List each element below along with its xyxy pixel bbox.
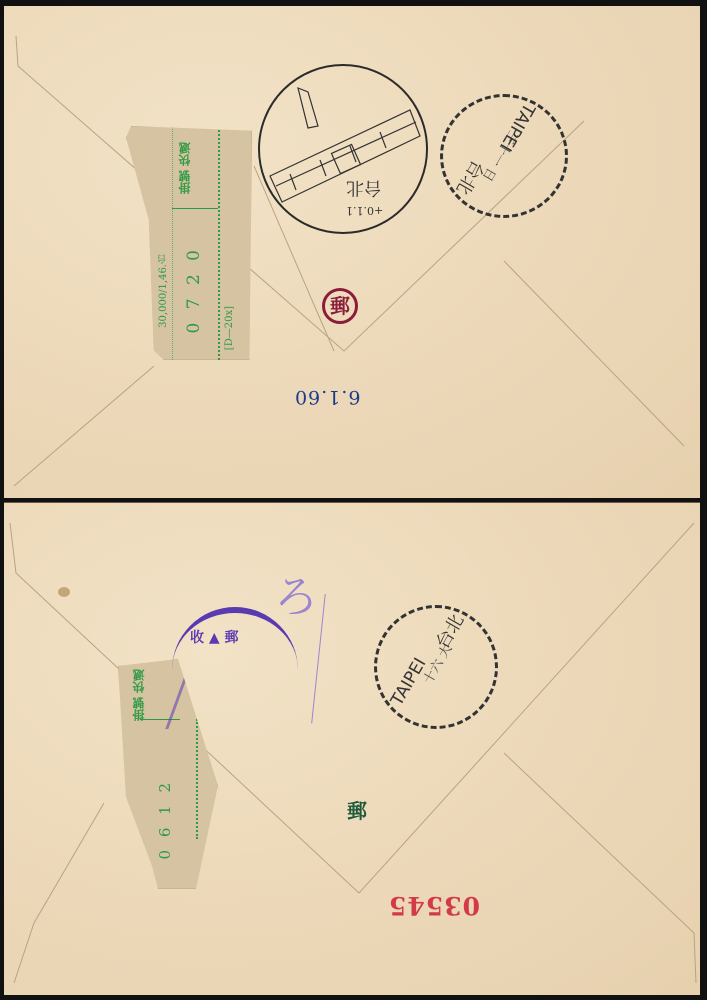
postmark-city-en: TAIPEI (387, 655, 430, 710)
post-office-seal: 郵 (347, 795, 367, 824)
postmark-date: +0.1.1 (346, 204, 383, 217)
top-cover: 30,000/1,46.台 0 7 2 0 [D—20x] 掛號 快遞 台北 +… (4, 6, 700, 498)
pictorial-postmark: 台北 +0.1.1 (258, 64, 428, 234)
label-number: 0 6 1 2 (156, 779, 174, 859)
taipei-dated-postmark: 台北 十六 大 TAIPEI (374, 605, 498, 729)
label-service-text: 掛號 快遞 (178, 142, 212, 194)
taipei-dated-postmark: TAIPEI 三十一 日 台北 (440, 94, 568, 218)
label-print-code: 30,000/1,46.台 (156, 254, 171, 328)
envelope-flap-lines (4, 503, 700, 995)
stain (58, 587, 70, 597)
post-office-seal: 郵 (322, 288, 358, 324)
postmark-city: 台北 (346, 176, 382, 202)
label-number: 0 7 2 0 (184, 246, 204, 333)
seal-glyph: 郵 (330, 294, 350, 318)
presidential-building-icon (260, 66, 426, 232)
label-form-code: [D—20x] (224, 306, 235, 350)
violet-handstamp-text: 收 ▲ 郵 (190, 627, 239, 647)
red-serial-number: 03545 (388, 891, 480, 920)
bottom-cover: 掛號 快遞 0 6 1 2 收 ▲ 郵 ろ 台北 十六 大 TAIPEI 郵 0… (4, 502, 700, 995)
blue-handstamp-number: 6.1.60 (294, 386, 360, 408)
